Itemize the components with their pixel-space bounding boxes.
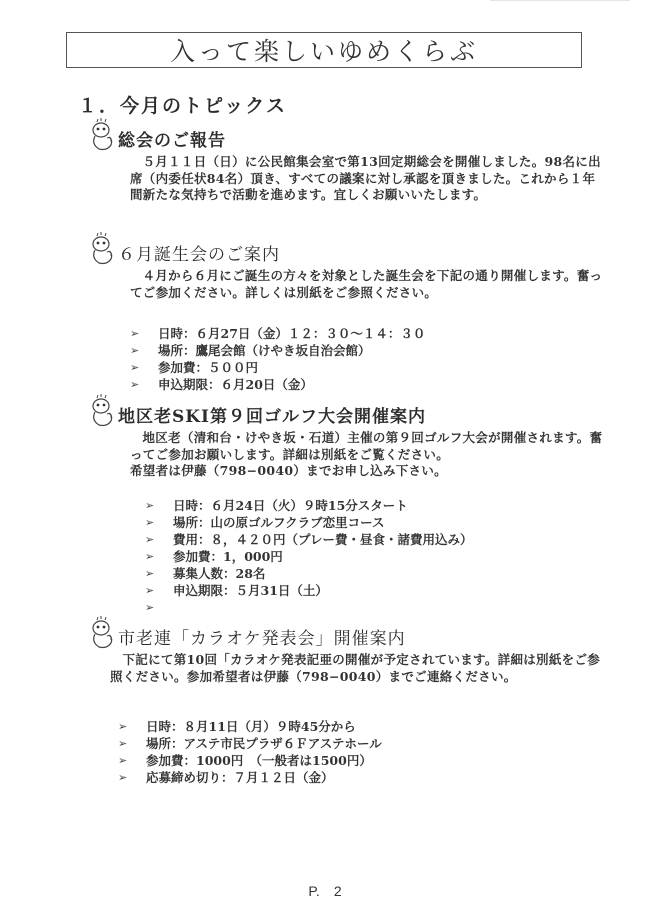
detail-item: ➢申込期限：６月20日（金） bbox=[130, 376, 425, 393]
dragon-mascot-icon bbox=[88, 616, 116, 650]
page-number: P. 2 bbox=[0, 881, 650, 901]
topic-body: ４月から６月にご誕生の方々を対象とした誕生会を下記の通り開催します。奮ってご参加… bbox=[130, 268, 608, 301]
page-title-box: 入って楽しいゆめくらぶ bbox=[66, 32, 582, 68]
arrow-bullet-icon: ➢ bbox=[145, 582, 173, 599]
detail-item: ➢参加費：1，000円 bbox=[145, 548, 473, 565]
topic-title: 総会のご報告 bbox=[118, 130, 226, 152]
dragon-mascot-icon bbox=[88, 232, 116, 266]
detail-item: ➢場所：アステ市民プラザ６Ｆアステホール bbox=[118, 735, 382, 752]
topic-karaoke-event: 市老連「カラオケ発表会」開催案内 下記にて第10回「カラオケ発表記亜の開催が予定… bbox=[88, 616, 608, 685]
topic-paragraph: 地区老（清和台・けやき坂・石道）主催の第９回ゴルフ大会が開催されます。奮ってご参… bbox=[130, 430, 608, 463]
detail-item: ➢日時：６月24日（火）９時15分スタート bbox=[145, 497, 473, 514]
topic-body: 下記にて第10回「カラオケ発表記亜の開催が予定されています。詳細は別紙をご参照く… bbox=[110, 652, 608, 685]
arrow-bullet-icon: ➢ bbox=[118, 718, 146, 735]
arrow-bullet-icon: ➢ bbox=[118, 769, 146, 786]
detail-item: ➢参加費：５００円 bbox=[130, 359, 425, 376]
topic-golf-tournament: 地区老SKI第９回ゴルフ大会開催案内 地区老（清和台・けやき坂・石道）主催の第９… bbox=[88, 394, 608, 480]
section-heading: １．今月のトピックス bbox=[78, 91, 287, 118]
topic-paragraph: ５月１１日（日）に公民館集会室で第13回定期総会を開催しました。98名に出席（内… bbox=[130, 154, 608, 204]
arrow-bullet-icon: ➢ bbox=[145, 497, 173, 514]
dragon-mascot-icon bbox=[88, 118, 116, 152]
page-title: 入って楽しいゆめくらぶ bbox=[170, 32, 478, 68]
topic-body: 地区老（清和台・けやき坂・石道）主催の第９回ゴルフ大会が開催されます。奮ってご参… bbox=[130, 430, 608, 480]
golf-details-list: ➢日時：６月24日（火）９時15分スタート ➢場所：山の原ゴルフクラブ恋里コース… bbox=[145, 497, 473, 616]
detail-item: ➢募集人数：28名 bbox=[145, 565, 473, 582]
topic-june-birthday-party: ６月誕生会のご案内 ４月から６月にご誕生の方々を対象とした誕生会を下記の通り開催… bbox=[88, 232, 608, 301]
detail-item: ➢申込期限：５月31日（土） bbox=[145, 582, 473, 599]
topic-title: ６月誕生会のご案内 bbox=[118, 244, 280, 266]
topic-title: 地区老SKI第９回ゴルフ大会開催案内 bbox=[118, 406, 426, 428]
arrow-bullet-icon: ➢ bbox=[118, 735, 146, 752]
arrow-bullet-icon: ➢ bbox=[130, 342, 158, 359]
scan-artifact-line bbox=[490, 0, 630, 1]
arrow-bullet-icon: ➢ bbox=[145, 514, 173, 531]
topic-paragraph: ４月から６月にご誕生の方々を対象とした誕生会を下記の通り開催します。奮ってご参加… bbox=[130, 268, 608, 301]
topic-paragraph: 下記にて第10回「カラオケ発表記亜の開催が予定されています。詳細は別紙をご参照く… bbox=[110, 652, 608, 685]
detail-item: ➢日時：６月27日（金）１２：３０～１４：３０ bbox=[130, 325, 425, 342]
detail-item: ➢日時：８月11日（月）９時45分から bbox=[118, 718, 382, 735]
birthday-details-list: ➢日時：６月27日（金）１２：３０～１４：３０ ➢場所：鷹尾会館（けやき坂自治会… bbox=[130, 325, 425, 393]
arrow-bullet-icon: ➢ bbox=[145, 531, 173, 548]
karaoke-details-list: ➢日時：８月11日（月）９時45分から ➢場所：アステ市民プラザ６Ｆアステホール… bbox=[118, 718, 382, 786]
detail-item-empty: ➢ bbox=[145, 599, 473, 616]
topic-general-meeting-report: 総会のご報告 ５月１１日（日）に公民館集会室で第13回定期総会を開催しました。9… bbox=[88, 118, 608, 204]
arrow-bullet-icon: ➢ bbox=[145, 548, 173, 565]
topic-body: ５月１１日（日）に公民館集会室で第13回定期総会を開催しました。98名に出席（内… bbox=[130, 154, 608, 204]
detail-item: ➢参加費：1000円 （一般者は1500円） bbox=[118, 752, 382, 769]
detail-item: ➢費用：８，４２０円（プレー費・昼食・諸費用込み） bbox=[145, 531, 473, 548]
topic-paragraph: 希望者は伊藤（798−0040）までお申し込み下さい。 bbox=[130, 463, 608, 480]
dragon-mascot-icon bbox=[88, 394, 116, 428]
topic-title: 市老連「カラオケ発表会」開催案内 bbox=[118, 628, 406, 650]
arrow-bullet-icon: ➢ bbox=[130, 359, 158, 376]
arrow-bullet-icon: ➢ bbox=[130, 325, 158, 342]
arrow-bullet-icon: ➢ bbox=[145, 599, 173, 616]
arrow-bullet-icon: ➢ bbox=[118, 752, 146, 769]
detail-item: ➢場所：山の原ゴルフクラブ恋里コース bbox=[145, 514, 473, 531]
arrow-bullet-icon: ➢ bbox=[145, 565, 173, 582]
detail-item: ➢場所：鷹尾会館（けやき坂自治会館） bbox=[130, 342, 425, 359]
detail-item: ➢応募締め切り：７月１２日（金） bbox=[118, 769, 382, 786]
arrow-bullet-icon: ➢ bbox=[130, 376, 158, 393]
